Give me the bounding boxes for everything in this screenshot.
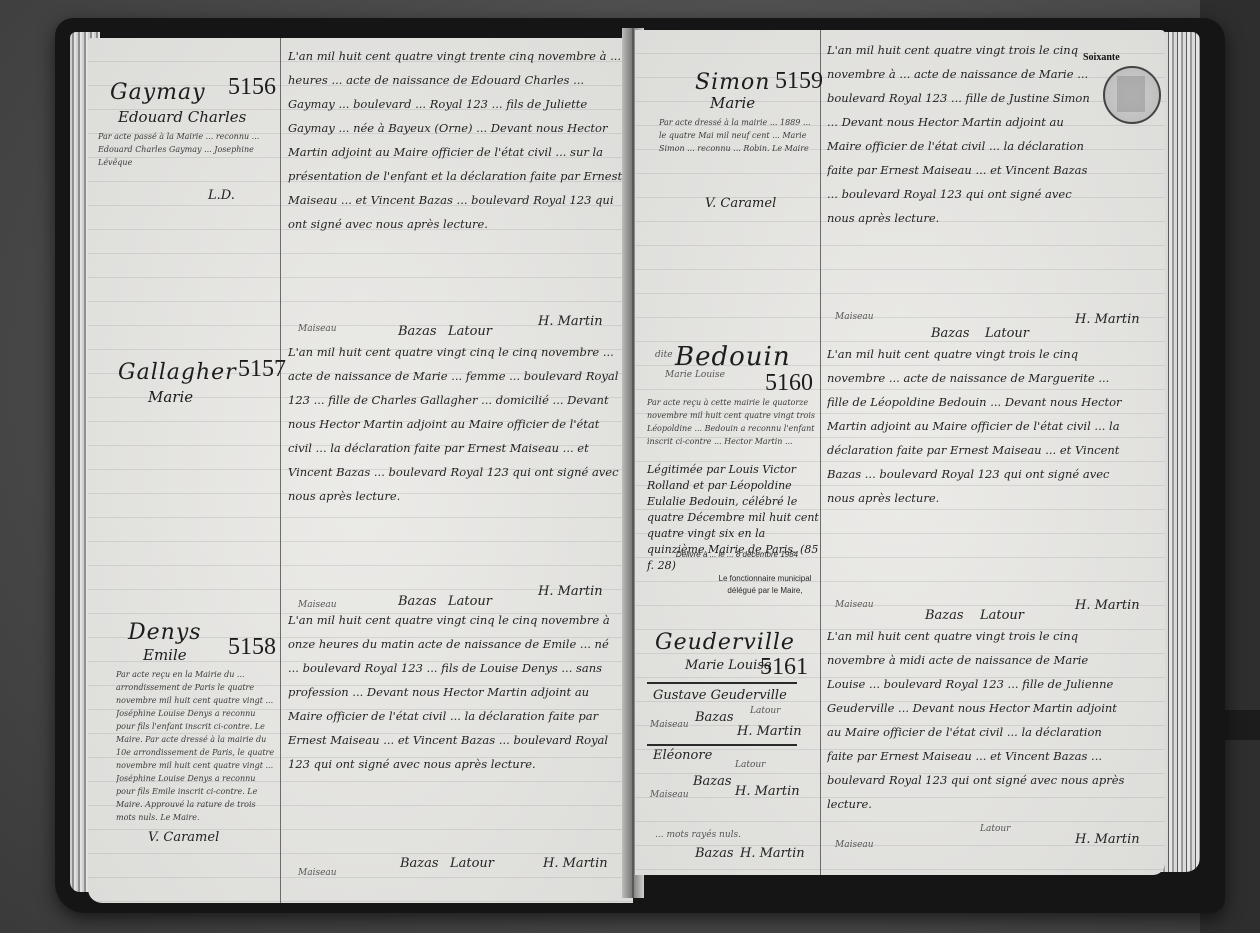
entry-body: L'an mil huit cent quatre vingt cinq le … — [288, 340, 623, 580]
entry-body: L'an mil huit cent quatre vingt trois le… — [827, 38, 1097, 298]
signature: Bazas — [398, 594, 437, 609]
margin-signature: V. Caramel — [148, 830, 219, 845]
entry-surname: Denys — [128, 620, 202, 645]
signature: Latour — [448, 594, 492, 609]
signature: Bazas — [931, 326, 970, 341]
margin-note: Par acte dressé à la mairie ... 1889 ...… — [659, 116, 819, 176]
signature: Bazas — [695, 710, 734, 725]
signature: Maiseau — [835, 840, 874, 850]
entry-body: L'an mil huit cent quatre vingt trente c… — [288, 44, 623, 294]
entry-prefix: dite — [655, 350, 673, 360]
signature: Bazas — [398, 324, 437, 339]
margin-correction: Eléonore — [653, 748, 712, 763]
margin-note: Par acte passé à la Mairie ... reconnu .… — [98, 130, 278, 169]
strike-line — [647, 682, 797, 684]
entry-body: L'an mil huit cent quatre vingt trois le… — [827, 342, 1127, 592]
margin-signature: L.D. — [208, 188, 235, 203]
signature: Bazas — [695, 846, 734, 861]
strike-line — [647, 744, 797, 746]
right-page: Soixante Simon 5159 Marie Par acte dress… — [635, 30, 1165, 875]
signature: Maiseau — [298, 324, 337, 334]
signature: Maiseau — [650, 790, 689, 800]
entry-number: 5158 — [228, 634, 276, 661]
delivery-stamp-date: Délivré à ... le ... 8 décembre 1984 — [647, 550, 827, 560]
entry-given-names: Marie — [148, 388, 193, 406]
signature: H. Martin — [538, 584, 603, 599]
official-seal-stamp — [1103, 66, 1161, 124]
entry-surname: Gallagher — [118, 360, 237, 385]
entry-given-names: Marie Louise — [665, 370, 725, 380]
entry-number: 5156 — [228, 74, 276, 101]
signature: Maiseau — [835, 600, 874, 610]
entry-body: L'an mil huit cent quatre vingt trois le… — [827, 624, 1127, 824]
margin-rule — [820, 30, 821, 875]
entry-number: 5157 — [238, 356, 286, 383]
signature: Latour — [985, 326, 1029, 341]
signature: H. Martin — [1075, 598, 1140, 613]
entry-given-names: Emile — [143, 646, 187, 664]
entry-number: 5160 — [765, 370, 813, 397]
signature: H. Martin — [737, 724, 802, 739]
signature: H. Martin — [735, 784, 800, 799]
entry-body: L'an mil huit cent quatre vingt cinq le … — [288, 608, 623, 848]
signature: H. Martin — [543, 856, 608, 871]
signature: Bazas — [693, 774, 732, 789]
margin-correction: Gustave Geuderville — [653, 688, 787, 703]
signature: Maiseau — [650, 720, 689, 730]
entry-given-names: Marie — [710, 94, 755, 112]
signature: Latour — [980, 608, 1024, 623]
entry-given-names: Marie Louise — [685, 658, 772, 673]
signature: Bazas — [400, 856, 439, 871]
signature: H. Martin — [538, 314, 603, 329]
entry-surname: Bedouin — [675, 342, 791, 372]
margin-note: Par acte reçu à cette mairie le quatorze… — [647, 396, 819, 456]
signature: Latour — [750, 706, 780, 716]
margin-note: Par acte reçu en la Mairie du ... arrond… — [116, 668, 276, 838]
signature: Latour — [735, 760, 765, 770]
signature: Bazas — [925, 608, 964, 623]
entry-surname: Geuderville — [655, 630, 795, 655]
signature: Latour — [450, 856, 494, 871]
margin-signature: V. Caramel — [705, 196, 776, 211]
delivery-stamp-official: délégué par le Maire, — [705, 586, 825, 596]
signature: Maiseau — [298, 868, 337, 878]
margin-rule — [280, 38, 281, 903]
left-page: Gaymay 5156 Edouard Charles Par acte pas… — [88, 38, 633, 903]
signature: Maiseau — [835, 312, 874, 322]
entry-given-names: Edouard Charles — [118, 108, 246, 126]
entry-number: 5159 — [775, 68, 823, 95]
entry-number: 5161 — [760, 654, 808, 681]
signature: H. Martin — [1075, 312, 1140, 327]
entry-surname: Gaymay — [110, 80, 206, 105]
signature: Latour — [448, 324, 492, 339]
delivery-stamp-official: Le fonctionnaire municipal — [705, 574, 825, 584]
signature: Latour — [980, 824, 1010, 834]
page-stack-right — [1160, 32, 1200, 872]
signature: H. Martin — [1075, 832, 1140, 847]
entry-surname: Simon — [695, 70, 770, 95]
signature: H. Martin — [740, 846, 805, 861]
margin-note: ... mots rayés nuls. — [655, 830, 741, 840]
